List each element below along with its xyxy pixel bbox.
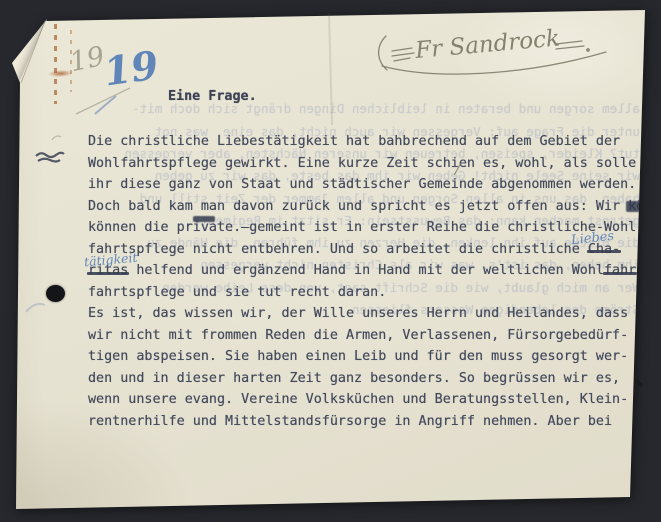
overstrike-mark xyxy=(587,250,621,253)
scanned-document: allem sorgen und beraten in leiblichen D… xyxy=(0,0,661,522)
overstrike-mark xyxy=(603,272,637,275)
bleedthrough-line: allem sorgen und beraten in leiblichen D… xyxy=(55,101,640,116)
typed-line: fahrtspflege und sie tut recht daran. xyxy=(88,285,648,300)
page-number-blue: 19 xyxy=(101,42,161,95)
signature-block: Fr Sandrock xyxy=(374,20,614,80)
overstrike-mark xyxy=(626,201,644,212)
typed-line: Doch bald kam man davon zurück und spric… xyxy=(88,199,648,214)
signature-text: Fr Sandrock xyxy=(413,25,561,64)
paper-sheet: allem sorgen und beraten in leiblichen D… xyxy=(0,0,661,522)
punch-hole xyxy=(46,285,65,302)
page-number-pencil: 19 xyxy=(67,41,107,78)
typed-line: Wohlfahrtspflege gewirkt. Eine kurze Zei… xyxy=(88,156,648,171)
document-title: Eine Frage. xyxy=(168,89,257,104)
typed-line: wenn unsere evang. Vereine Volksküchen u… xyxy=(88,392,648,407)
typed-line: Es ist, das wissen wir, der Wille unsere… xyxy=(88,306,648,321)
rust-stain xyxy=(70,30,72,92)
typed-line: den und in dieser harten Zeit ganz beson… xyxy=(88,371,648,386)
typed-line: tigen abspeisen. Sie haben einen Leib un… xyxy=(88,349,648,364)
typed-line: ritas helfend und ergänzend Hand in Hand… xyxy=(88,263,648,278)
typed-line: rentnerhilfe und Mittelstandsfürsorge in… xyxy=(88,414,648,429)
overstrike-mark xyxy=(193,216,215,222)
rust-stain xyxy=(48,69,73,77)
typed-line: fahrtspflege nicht entbehren. Und so arb… xyxy=(88,242,648,257)
typed-line: wir nicht mit frommen Reden die Armen, V… xyxy=(88,328,648,343)
typed-line: können die private.—gemeint ist in erste… xyxy=(88,220,648,235)
rust-stain xyxy=(54,24,57,104)
overstrike-mark xyxy=(87,272,129,275)
typed-line: ihr diese ganz von Staat und städtischer… xyxy=(88,177,648,192)
typed-line: Die christliche Liebestätigkeit hat bahb… xyxy=(88,134,648,149)
